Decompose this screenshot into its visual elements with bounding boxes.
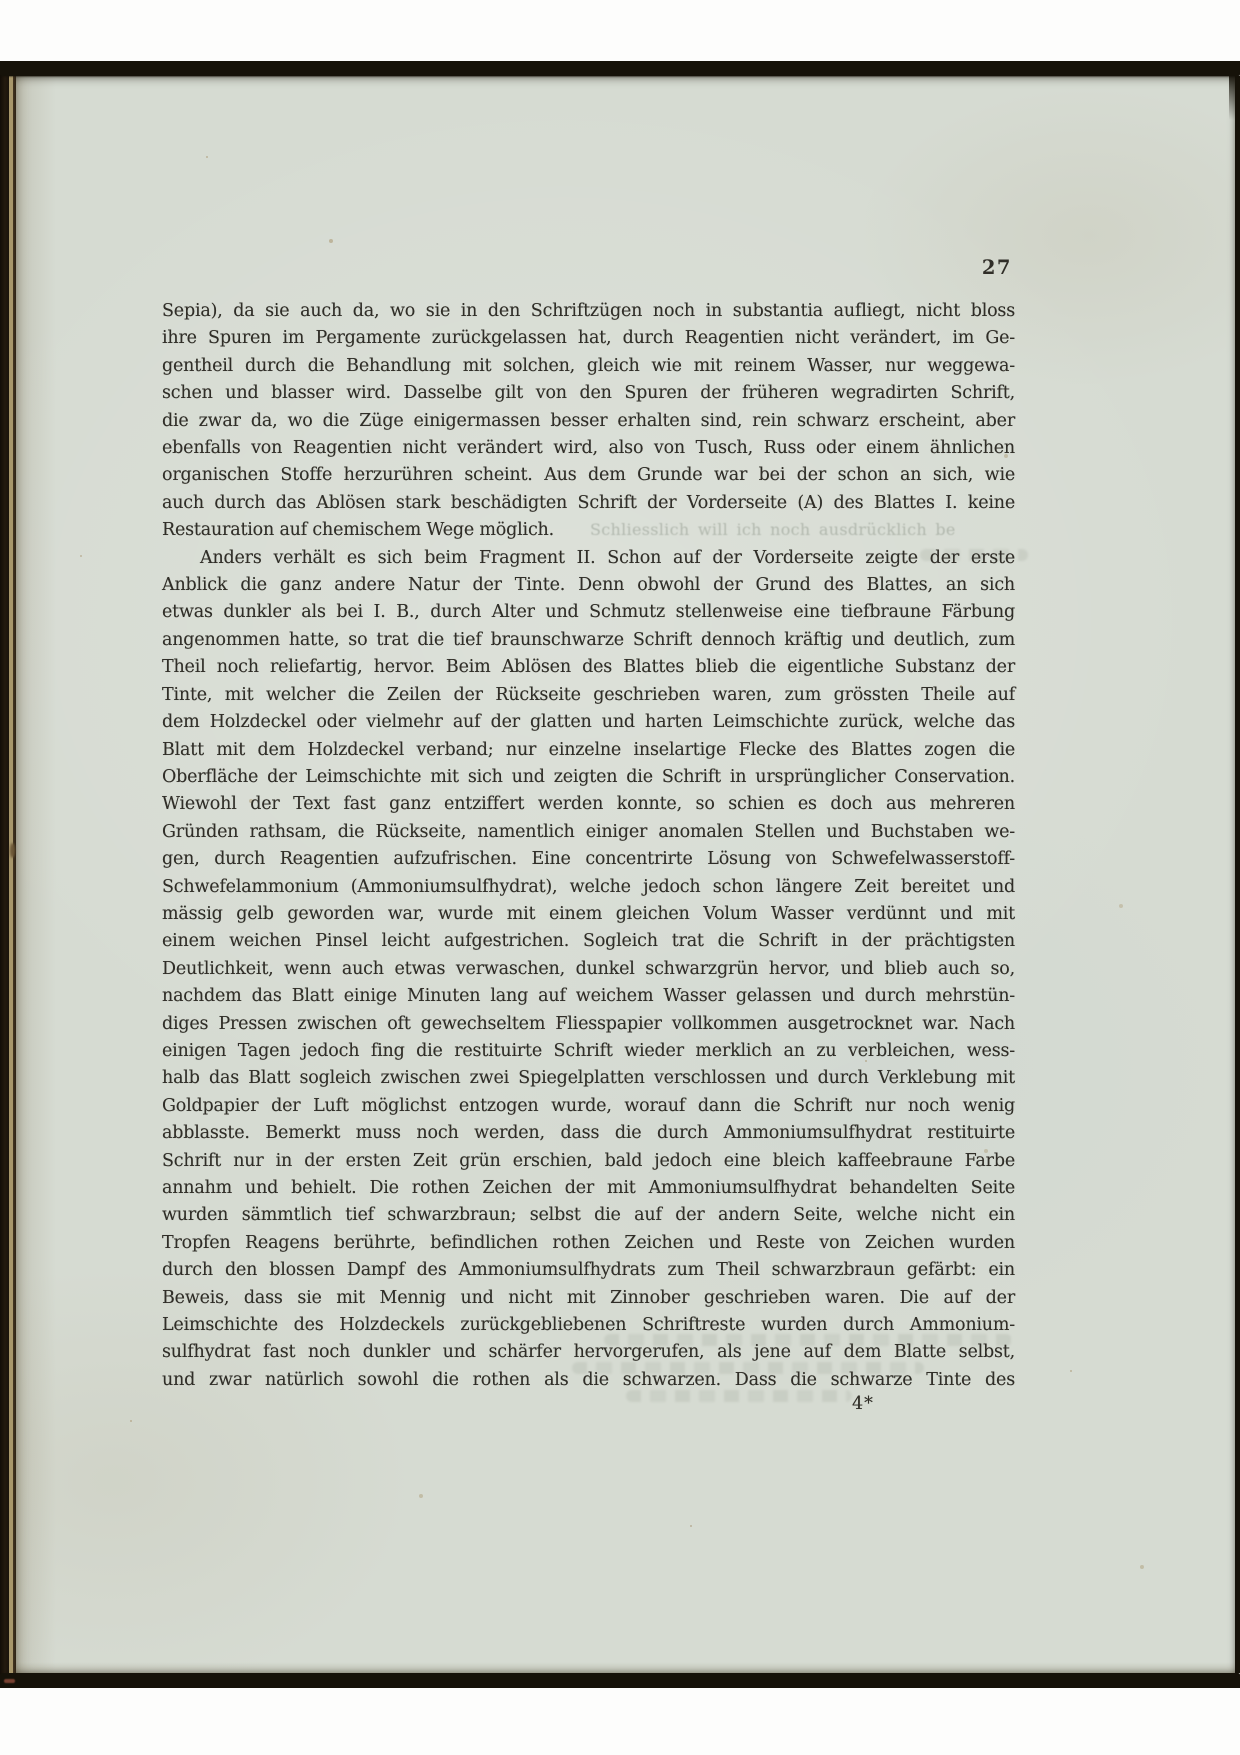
- text-line: einigen Tagen jedoch fing die restituirt…: [162, 1038, 1015, 1065]
- text-line: etwas dunkler als bei I. B., durch Alter…: [162, 599, 1015, 626]
- text-line: auch durch das Ablösen stark beschädigte…: [162, 490, 1015, 517]
- book-binding-edge: [0, 61, 16, 1688]
- text-line: Blatt mit dem Holzdeckel verband; nur ei…: [162, 737, 1015, 764]
- text-line: wurden sämmtlich tief schwarzbraun; selb…: [162, 1202, 1015, 1229]
- paper-specks: [16, 76, 18, 78]
- text-line: Sepia), da sie auch da, wo sie in den Sc…: [162, 298, 1015, 325]
- text-line: Leimschichte des Holzdeckels zurückgebli…: [162, 1312, 1015, 1339]
- text-line: die zwar da, wo die Züge einigermassen b…: [162, 408, 1015, 435]
- text-line: angenommen hatte, so trat die tief braun…: [162, 627, 1015, 654]
- text-line: Tinte, mit welcher die Zeilen der Rückse…: [162, 682, 1015, 709]
- scan-border-top: [0, 61, 1240, 76]
- text-line: Schwefelammonium (Ammoniumsulfhydrat), w…: [162, 874, 1015, 901]
- body-text: Sepia), da sie auch da, wo sie in den Sc…: [162, 298, 1015, 1394]
- text-line: Wiewohl der Text fast ganz entziffert we…: [162, 791, 1015, 818]
- text-line: Schrift nur in der ersten Zeit grün ersc…: [162, 1148, 1015, 1175]
- text-line: abblasste. Bemerkt muss noch werden, das…: [162, 1120, 1015, 1147]
- scan-border-bottom: [0, 1673, 1240, 1688]
- text-line: ebenfalls von Reagentien nicht verändert…: [162, 435, 1015, 462]
- text-line: halb das Blatt sogleich zwischen zwei Sp…: [162, 1065, 1015, 1092]
- text-line: annahm und behielt. Die rothen Zeichen d…: [162, 1175, 1015, 1202]
- scan-border-right: [1235, 76, 1240, 1673]
- text-line: Anders verhält es sich beim Fragment II.…: [162, 545, 1015, 572]
- text-line: Restauration auf chemischem Wege möglich…: [162, 517, 1015, 544]
- text-line: sulfhydrat fast noch dunkler und schärfe…: [162, 1339, 1015, 1366]
- text-line: einem weichen Pinsel leicht aufgestriche…: [162, 928, 1015, 955]
- text-line: nachdem das Blatt einige Minuten lang au…: [162, 983, 1015, 1010]
- text-line: gentheil durch die Behandlung mit solche…: [162, 353, 1015, 380]
- text-line: Gründen rathsam, die Rückseite, namentli…: [162, 819, 1015, 846]
- page-paper: 27 Schliesslich will ich noch ausdrückli…: [16, 76, 1235, 1673]
- scanned-book-page: 27 Schliesslich will ich noch ausdrückli…: [0, 0, 1240, 1755]
- text-line: dem Holzdeckel oder vielmehr auf der gla…: [162, 709, 1015, 736]
- text-line: Tropfen Reagens berührte, befindlichen r…: [162, 1230, 1015, 1257]
- text-line: Deutlichkeit, wenn auch etwas verwaschen…: [162, 956, 1015, 983]
- signature-mark: 4*: [852, 1394, 874, 1414]
- text-line: ihre Spuren im Pergamente zurückgelassen…: [162, 325, 1015, 352]
- text-line: gen, durch Reagentien aufzufrischen. Ein…: [162, 846, 1015, 873]
- text-line: mässig gelb geworden war, wurde mit eine…: [162, 901, 1015, 928]
- text-line: und zwar natürlich sowohl die rothen als…: [162, 1367, 1015, 1394]
- text-line: organischen Stoffe herzurühren scheint. …: [162, 462, 1015, 489]
- text-line: Oberfläche der Leimschichte mit sich und…: [162, 764, 1015, 791]
- text-line: Goldpapier der Luft möglichst entzogen w…: [162, 1093, 1015, 1120]
- text-line: Beweis, dass sie mit Mennig und nicht mi…: [162, 1285, 1015, 1312]
- text-line: schen und blasser wird. Dasselbe gilt vo…: [162, 380, 1015, 407]
- text-line: diges Pressen zwischen oft gewechseltem …: [162, 1011, 1015, 1038]
- page-number: 27: [982, 256, 1012, 279]
- text-line: durch den blossen Dampf des Ammoniumsulf…: [162, 1257, 1015, 1284]
- text-line: Theil noch reliefartig, hervor. Beim Abl…: [162, 654, 1015, 681]
- text-line: Anblick die ganz andere Natur der Tinte.…: [162, 572, 1015, 599]
